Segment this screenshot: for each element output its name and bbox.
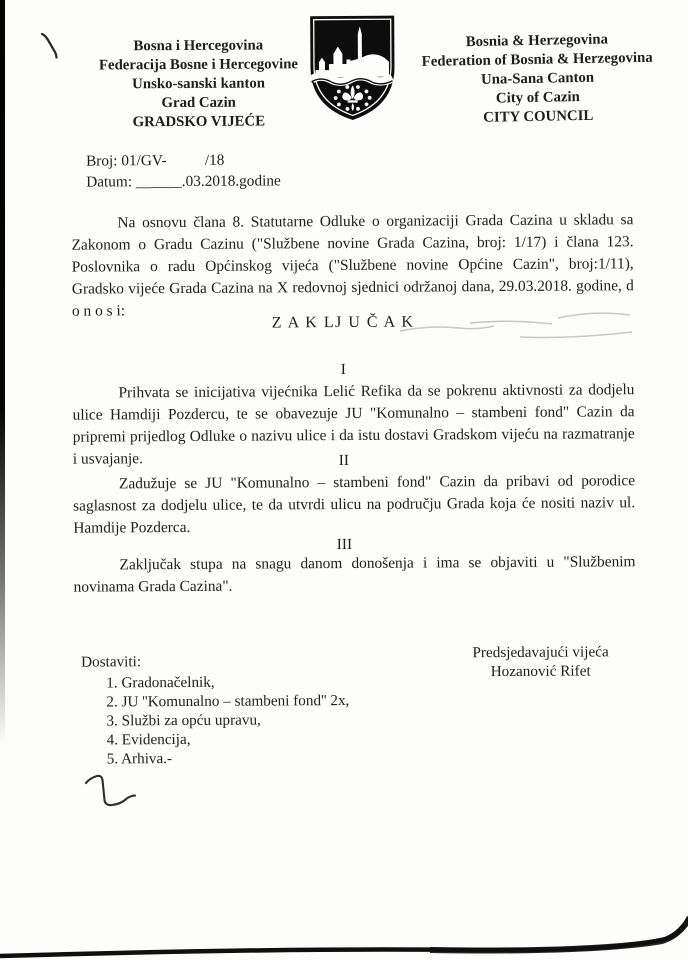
signature-name: Hozanović Rifet [413,661,668,682]
distribution-list: Dostaviti: 1. Gradonačelnik, 2. JU ''Kom… [81,651,350,769]
list-item: 1. Gradonačelnik, [106,672,349,692]
distribution-label: Dostaviti: [81,651,349,672]
letterhead-english: Bosnia & Herzegovina Federation of Bosni… [401,29,675,129]
section-paragraph: Zaključak stupa na snagu danom donošenja… [73,551,635,598]
letterhead-line: Federacija Bosne i Hercegovine [67,55,329,76]
preamble-paragraph: Na osnovu člana 8. Statutarne Odluke o o… [71,209,634,322]
document-title: Z A K LJ U Č A K [0,312,687,334]
document-number: Broj: 01/GV- /18 [86,149,281,171]
list-item: 2. JU ''Komunalno – stambeni fond'' 2x, [106,691,349,711]
letterhead-line: GRADSKO VIJEĆE [68,112,330,133]
document-date: Datum: ______.03.2018.godine [86,170,281,192]
section-numeral: I [0,359,687,381]
letterhead-line: CITY COUNCIL [402,105,674,129]
signature-role: Predsjedavajući vijeća [413,642,668,663]
section-paragraph: Zadužuje se JU "Komunalno – stambeni fon… [73,470,635,539]
letterhead-line: Bosna i Hercegovina [67,36,329,57]
letterhead-line: Unsko-sanski kanton [68,74,330,95]
cazin-coat-of-arms-icon [306,13,399,126]
section-numeral: II [0,450,688,472]
letterhead-line: Grad Cazin [68,93,330,114]
letterhead-bosnian: Bosna i Hercegovina Federacija Bosne i H… [67,36,330,133]
scanned-document-page: Bosna i Hercegovina Federacija Bosne i H… [0,0,688,960]
list-item: 4. Evidencija, [107,729,350,749]
list-item: 3. Službi za opću upravu, [106,710,349,730]
scan-edge-shadow [0,0,5,745]
document-meta: Broj: 01/GV- /18 Datum: ______.03.2018.g… [86,149,281,192]
signature-block: Predsjedavajući vijeća Hozanović Rifet [413,642,668,682]
list-item: 5. Arhiva.- [107,748,350,768]
